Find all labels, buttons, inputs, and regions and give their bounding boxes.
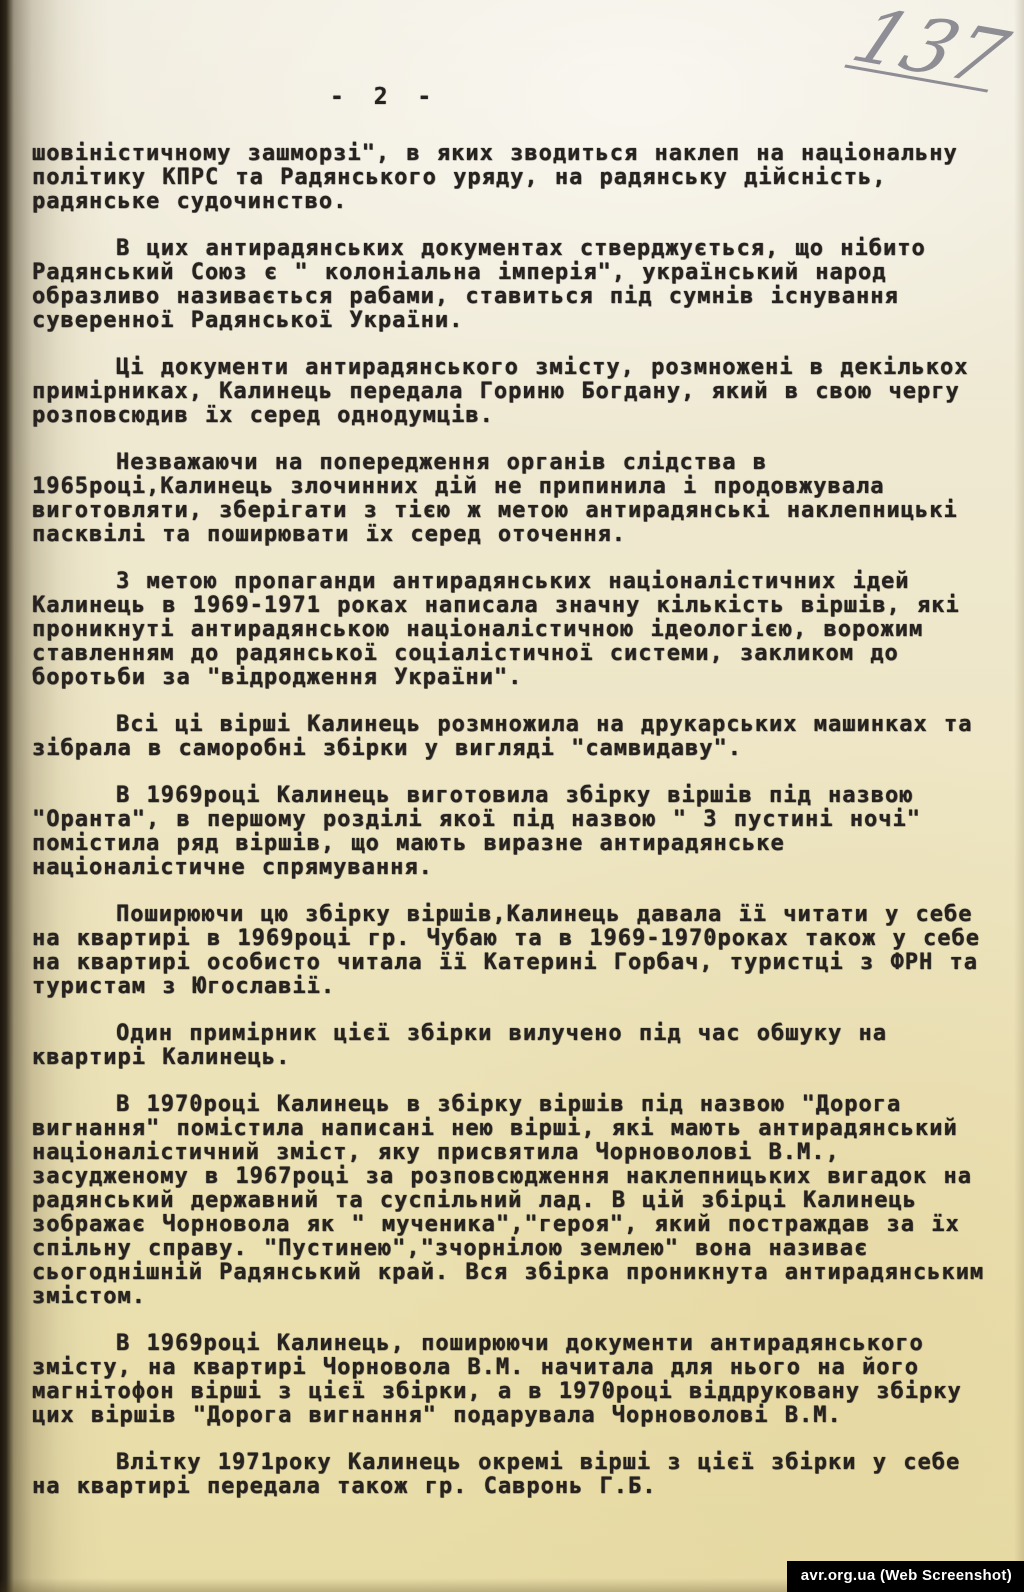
document-paragraph: Поширюючи цю збірку віршів,Калинець дава… [32,903,1002,999]
document-paragraph: В 1969році Калинець виготовила збірку ві… [32,784,1002,880]
document-paragraph: Один примірник цієї збірки вилучено під … [32,1022,1002,1070]
document-paragraph: З метою пропаганди антирадянських націон… [32,570,1002,690]
scanned-document-page: 137 - 2 - шовіністичному зашморзі", в як… [0,0,1024,1592]
document-paragraph: шовіністичному зашморзі", в яких зводить… [32,142,1002,214]
document-paragraph: Ці документи антирадянського змісту, роз… [32,356,1002,428]
document-paragraph: Незважаючи на попередження органів слідс… [32,451,1002,547]
page-right-edge [1014,0,1024,1592]
document-paragraph: В 1969році Калинець, поширюючи документи… [32,1332,1002,1428]
document-paragraph: В цих антирадянських документах стверджу… [32,237,1002,333]
document-paragraph: В 1970році Калинець в збірку віршів під … [32,1093,1002,1309]
page-number: - 2 - [330,84,1002,110]
document-paragraph: Всі ці вірші Калинець розмножила на друк… [32,713,1002,761]
document-content: - 2 - шовіністичному зашморзі", в яких з… [32,0,1002,1499]
document-paragraph: Влітку 1971року Калинець окремі вірші з … [32,1451,1002,1499]
watermark-label: avr.org.ua (Web Screenshot) [787,1561,1024,1592]
